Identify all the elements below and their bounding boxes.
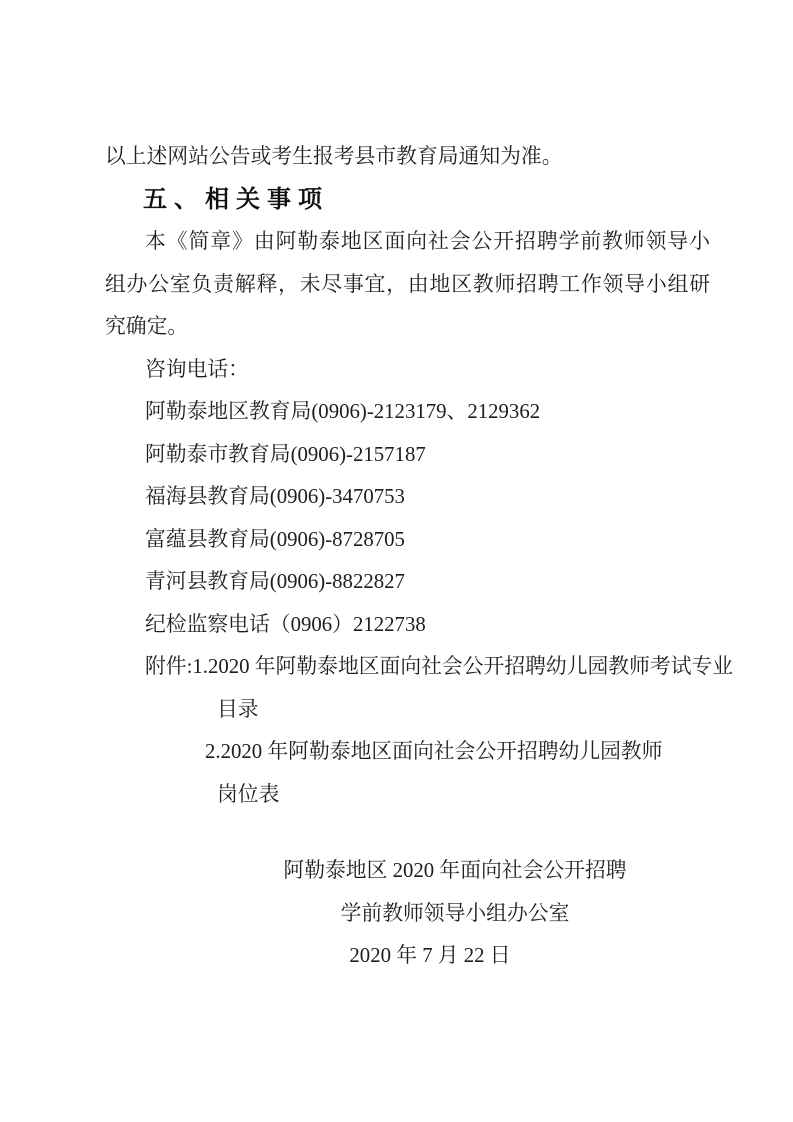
phone-line-fuhai-bureau: 福海县教育局(0906)-3470753 <box>145 476 710 519</box>
contact-label: 咨询电话： <box>145 349 710 392</box>
phone-line-qinghe-bureau: 青河县教育局(0906)-8822827 <box>145 561 710 604</box>
paragraph-line: 究确定。 <box>105 306 710 349</box>
intro-text: 以上述网站公告或考生报考县市教育局通知为准。 <box>105 136 710 179</box>
attachment-2-continuation: 岗位表 <box>217 774 710 817</box>
attachment-1-continuation: 目录 <box>217 689 710 732</box>
attachment-2-line: 2.2020 年阿勒泰地区面向社会公开招聘幼儿园教师 <box>205 731 710 774</box>
phone-line-prefecture-bureau: 阿勒泰地区教育局(0906)-2123179、2129362 <box>145 391 710 434</box>
signature-org-line-2: 学前教师领导小组办公室 <box>200 893 710 936</box>
signature-date: 2020 年 7 月 22 日 <box>175 935 685 978</box>
signature-block: 阿勒泰地区 2020 年面向社会公开招聘 学前教师领导小组办公室 2020 年 … <box>200 850 710 978</box>
paragraph-line: 本《简章》由阿勒泰地区面向社会公开招聘学前教师领导小 <box>145 221 710 264</box>
phone-line-discipline-inspection: 纪检监察电话（0906）2122738 <box>145 604 710 647</box>
paragraph-line: 组办公室负责解释，未尽事宜，由地区教师招聘工作领导小组研 <box>105 264 710 307</box>
attachment-1-line: 附件:1.2020 年阿勒泰地区面向社会公开招聘幼儿园教师考试专业 <box>145 646 710 689</box>
document-page: 以上述网站公告或考生报考县市教育局通知为准。 五、相关事项 本《简章》由阿勒泰地… <box>0 0 793 1122</box>
blank-line <box>105 816 710 850</box>
phone-line-fuyun-bureau: 富蕴县教育局(0906)-8728705 <box>145 519 710 562</box>
phone-line-city-bureau: 阿勒泰市教育局(0906)-2157187 <box>145 434 710 477</box>
signature-org-line-1: 阿勒泰地区 2020 年面向社会公开招聘 <box>200 850 710 893</box>
section-heading: 五、相关事项 <box>143 179 710 222</box>
